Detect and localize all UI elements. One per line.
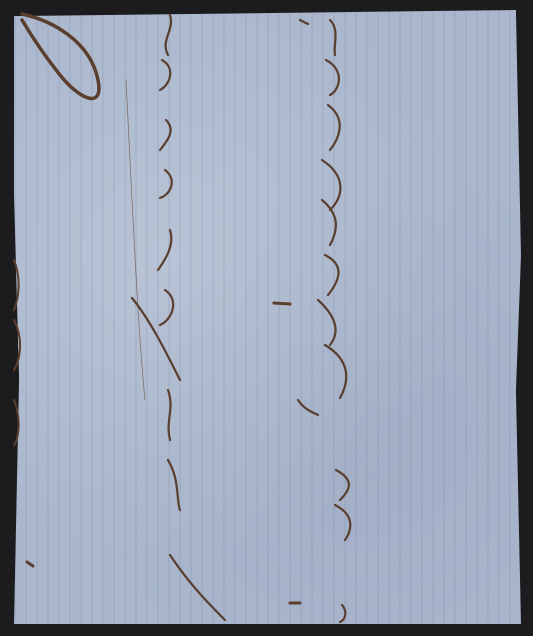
handwriting xyxy=(0,0,533,636)
